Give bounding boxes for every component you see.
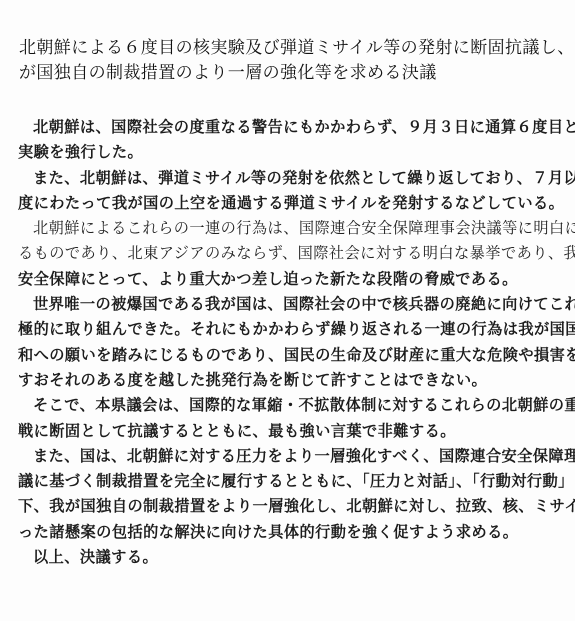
document-page: 北朝鮮による６度目の核実験及び弾道ミサイル等の発射に断固抗議し、我 が国独自の制… [0,0,575,621]
body-line: すおそれのある度を越した挑発行為を断じて許すことはできない。 [18,368,558,393]
body-line: 安全保障にとって、より重大かつ差し迫った新たな段階の脅威である。 [18,267,558,292]
body-line: また、北朝鮮は、弾道ミサイル等の発射を依然として繰り返しており、７月以降も数 [18,166,558,191]
body-line: るものであり、北東アジアのみならず、国際社会に対する明白な暴挙であり、我が国の [18,241,558,266]
body-line: 北朝鮮は、国際社会の度重なる警告にもかかわらず、９月３日に通算６度目となる核 [18,115,558,140]
title-line: が国独自の制裁措置のより一層の強化等を求める決議 [19,61,559,86]
body-line: った諸懸案の包括的な解決に向けた具体的行動を強く促すよう求める。 [18,520,558,545]
body-line: 北朝鮮によるこれらの一連の行為は、国際連合安全保障理事会決議等に明白に違反す [18,216,558,241]
resolution-title: 北朝鮮による６度目の核実験及び弾道ミサイル等の発射に断固抗議し、我 が国独自の制… [19,36,559,86]
resolution-body: 北朝鮮は、国際社会の度重なる警告にもかかわらず、９月３日に通算６度目となる核 実… [18,115,558,570]
body-line: 和への願いを踏みにじるものであり、国民の生命及び財産に重大な危険や損害をもたら [18,343,558,368]
body-line-closing: 以上、決議する。 [18,545,558,570]
body-line: 極的に取り組んできた。それにもかかわらず繰り返される一連の行為は我が国国民の平 [18,317,558,342]
body-line: また、国は、北朝鮮に対する圧力をより一層強化すべく、国際連合安全保障理事会決 [18,444,558,469]
body-line: 議に基づく制裁措置を完全に履行するとともに、「圧力と対話」、「行動対行動」の原則… [18,469,558,494]
title-line: 北朝鮮による６度目の核実験及び弾道ミサイル等の発射に断固抗議し、我 [19,36,559,61]
body-line: 戦に断固として抗議するとともに、最も強い言葉で非難する。 [18,419,558,444]
body-line: 実験を強行した。 [18,140,558,165]
body-line: 世界唯一の被爆国である我が国は、国際社会の中で核兵器の廃絶に向けてこれまで積 [18,292,558,317]
body-line: 度にわたって我が国の上空を通過する弾道ミサイルを発射するなどしている。 [18,191,558,216]
body-line: 下、我が国独自の制裁措置をより一層強化し、北朝鮮に対し、拉致、核、ミサイルとい [18,494,558,519]
body-line: そこで、本県議会は、国際的な軍縮・不拡散体制に対するこれらの北朝鮮の重大な挑 [18,393,558,418]
